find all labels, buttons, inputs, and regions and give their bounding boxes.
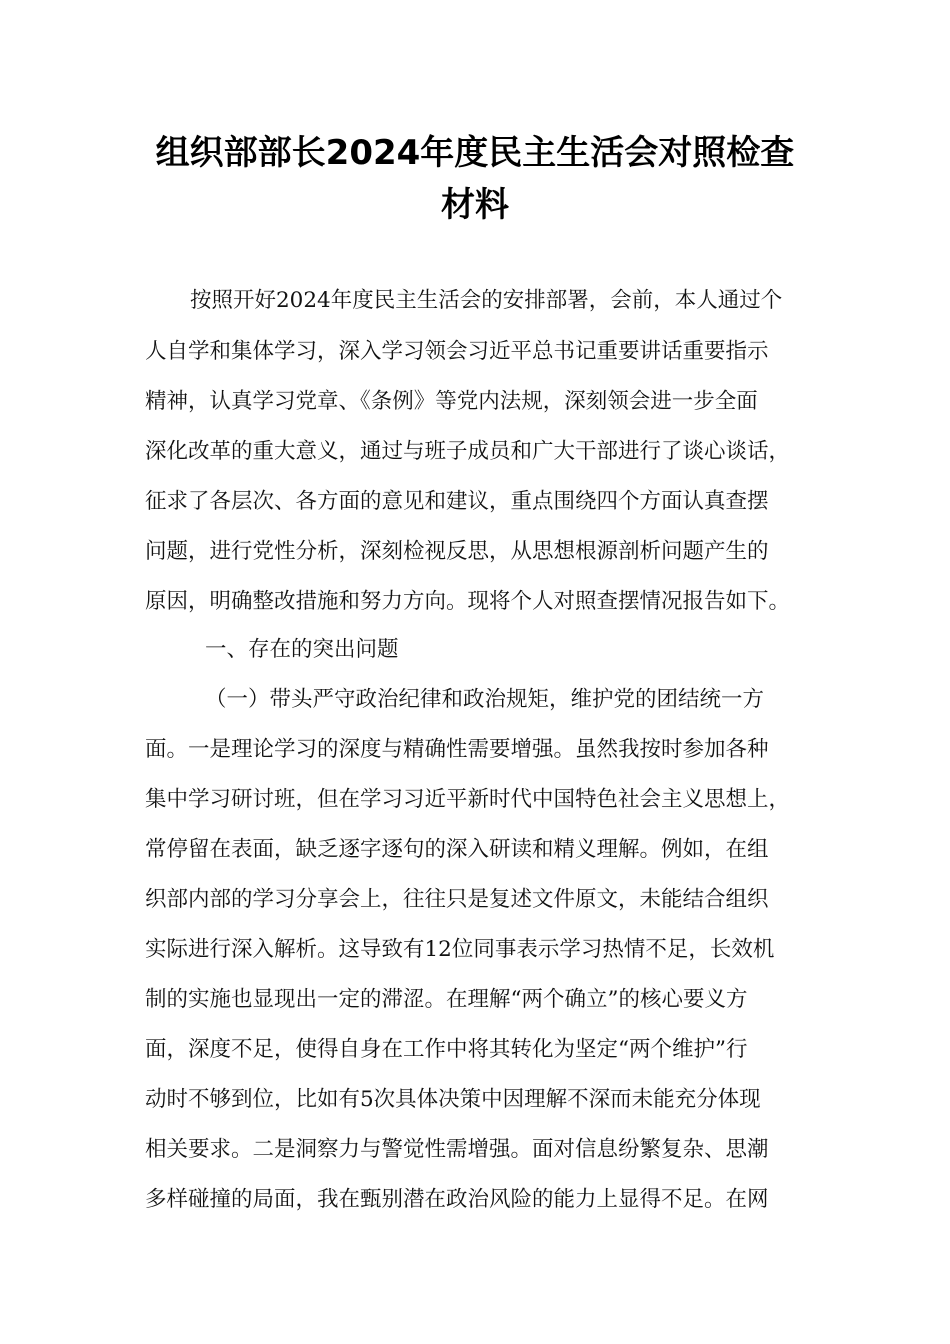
subsection-heading: （一）带头严守政治纪律和政治规矩，维护党的团结统一方 (205, 685, 885, 715)
body-line: 相关要求。二是洞察力与警觉性需增强。面对信息纷繁复杂、思潮 (145, 1135, 825, 1165)
body-line: 深化改革的重大意义，通过与班子成员和广大干部进行了谈心谈话， (145, 437, 825, 467)
body-line: 按照开好2024年度民主生活会的安排部署，会前，本人通过个 (190, 286, 870, 316)
body-line: 织部内部的学习分享会上，往往只是复述文件原文，未能结合组织 (145, 885, 825, 915)
body-line: 实际进行深入解析。这导致有12位同事表示学习热情不足，长效机 (145, 935, 825, 965)
document-title-line-1: 组织部部长2024年度民主生活会对照检查 (100, 128, 850, 178)
body-line: 面，深度不足，使得自身在工作中将其转化为坚定“两个维护”行 (145, 1035, 825, 1065)
body-line: 面。一是理论学习的深度与精确性需要增强。虽然我按时参加各种 (145, 735, 825, 765)
document-title-line-2: 材料 (100, 180, 850, 230)
body-line: 集中学习研讨班，但在学习习近平新时代中国特色社会主义思想上， (145, 785, 825, 815)
body-line: 精神，认真学习党章、《条例》等党内法规，深刻领会进一步全面 (145, 387, 825, 417)
document-page: 组织部部长2024年度民主生活会对照检查 材料 按照开好2024年度民主生活会的… (0, 0, 950, 1344)
body-line: 问题，进行党性分析，深刻检视反思，从思想根源剖析问题产生的 (145, 537, 825, 567)
body-line: 动时不够到位，比如有5次具体决策中因理解不深而未能充分体现 (145, 1085, 825, 1115)
body-line: 制的实施也显现出一定的滞涩。在理解“两个确立”的核心要义方 (145, 985, 825, 1015)
section-heading: 一、存在的突出问题 (205, 635, 885, 665)
body-line: 征求了各层次、各方面的意见和建议，重点围绕四个方面认真查摆 (145, 487, 825, 517)
body-line: 常停留在表面，缺乏逐字逐句的深入研读和精义理解。例如，在组 (145, 835, 825, 865)
body-line: 原因，明确整改措施和努力方向。现将个人对照查摆情况报告如下。 (145, 587, 825, 617)
body-line: 多样碰撞的局面，我在甄别潜在政治风险的能力上显得不足。在网 (145, 1185, 825, 1215)
body-line: 人自学和集体学习，深入学习领会习近平总书记重要讲话重要指示 (145, 337, 825, 367)
